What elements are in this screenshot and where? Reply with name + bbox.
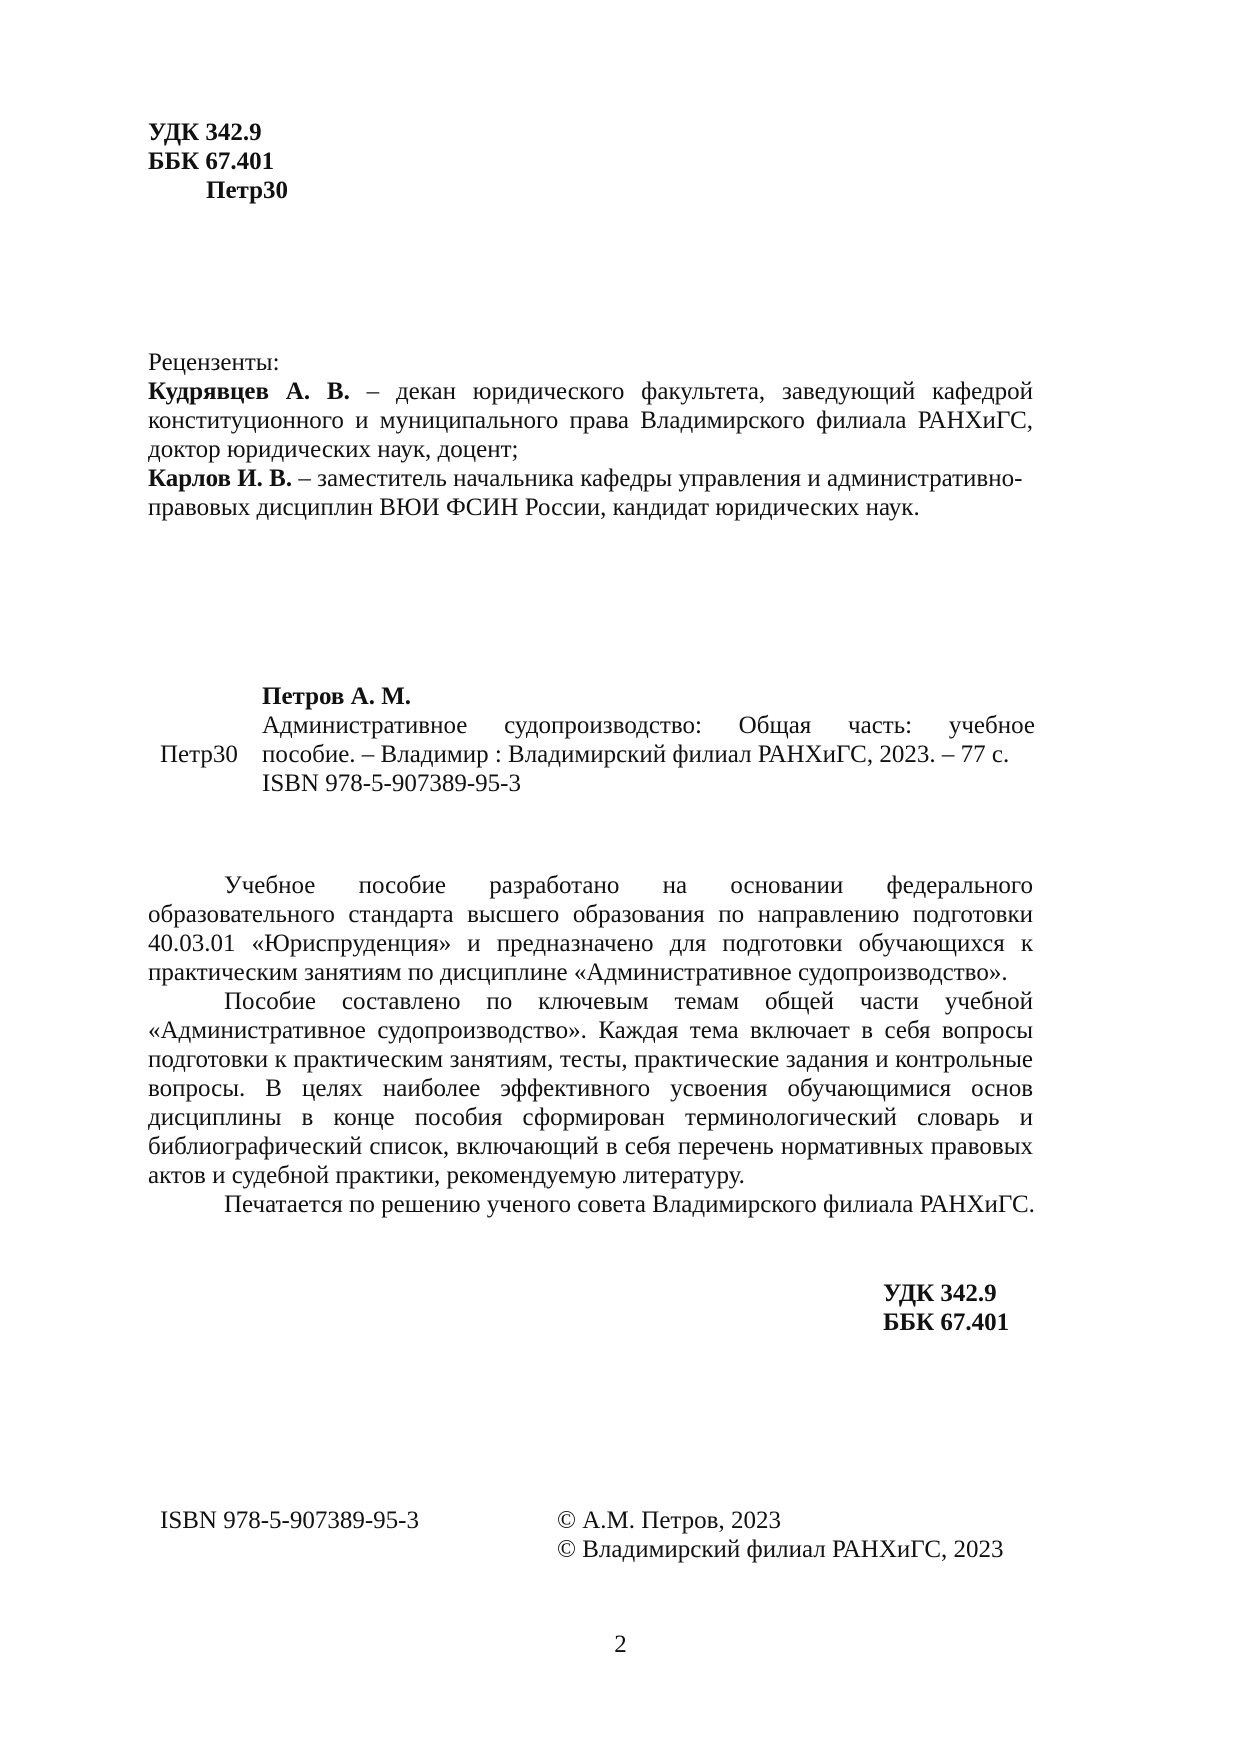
udk-code-bottom: УДК 342.9 xyxy=(883,1279,1009,1308)
annotation-p2-l4: вопросы. В целях наиболее эффективного у… xyxy=(148,1074,1033,1103)
reviewers-heading: Рецензенты: xyxy=(148,348,1033,377)
annotation-p3-l1: Печатается по решению ученого совета Вла… xyxy=(148,1190,1033,1219)
copyright-block: © А.М. Петров, 2023 © Владимирский филиа… xyxy=(557,1506,1004,1564)
biblio-line-1: Административное судопроизводство: Общая… xyxy=(262,711,1035,740)
annotation-p1-l1: Учебное пособие разработано на основании… xyxy=(148,871,1033,900)
annotation-p1-l2: образовательного стандарта высшего образ… xyxy=(148,900,1033,929)
udk-code: УДК 342.9 xyxy=(148,118,288,147)
bbk-code: ББК 67.401 xyxy=(148,147,288,176)
biblio-author: Петров А. М. xyxy=(262,682,1035,711)
copyright-publisher: © Владимирский филиал РАНХиГС, 2023 xyxy=(557,1535,1004,1564)
reviewer-2-line-2: правовых дисциплин ВЮИ ФСИН России, канд… xyxy=(148,493,1033,522)
biblio-author-mark: Петр30 xyxy=(160,741,238,769)
udk-block-bottom: УДК 342.9 ББК 67.401 xyxy=(883,1279,1009,1337)
biblio-isbn: ISBN 978-5-907389-95-3 xyxy=(262,769,1035,798)
biblio-body: Петров А. М. Административное судопроизв… xyxy=(262,682,1035,798)
reviewers-section: Рецензенты: Кудрявцев А. В. – декан юрид… xyxy=(148,348,1033,522)
annotation: Учебное пособие разработано на основании… xyxy=(148,871,1033,1219)
copyright-author: © А.М. Петров, 2023 xyxy=(557,1506,1004,1535)
annotation-p2-l2: «Административное судопроизводство». Каж… xyxy=(148,1016,1033,1045)
author-mark: Петр30 xyxy=(148,176,288,205)
reviewer-2-text: – заместитель начальника кафедры управле… xyxy=(292,465,1022,492)
reviewer-1-name: Кудрявцев А. В. xyxy=(148,378,350,405)
annotation-p2-l5: дисциплины в конце пособия сформирован т… xyxy=(148,1103,1033,1132)
bbk-code-bottom: ББК 67.401 xyxy=(883,1308,1009,1337)
reviewer-2-name: Карлов И. В. xyxy=(148,465,292,492)
annotation-p2-l7: актов и судебной практики, рекомендуемую… xyxy=(148,1161,1033,1190)
reviewer-2-line-1: Карлов И. В. – заместитель начальника ка… xyxy=(148,464,1033,493)
reviewer-1-line-2: конституционного и муниципального права … xyxy=(148,406,1033,435)
reviewer-1-text: – декан юридического факультета, заведую… xyxy=(350,378,1033,405)
reviewer-1-line-3: доктор юридических наук, доцент; xyxy=(148,435,1033,464)
annotation-p1-l3: 40.03.01 «Юриспруденция» и предназначено… xyxy=(148,929,1033,958)
annotation-p2-l6: библиографический список, включающий в с… xyxy=(148,1132,1033,1161)
biblio-line-2: пособие. – Владимир : Владимирский филиа… xyxy=(262,740,1035,769)
annotation-p2-l1: Пособие составлено по ключевым темам общ… xyxy=(148,987,1033,1016)
annotation-p2-l3: подготовки к практическим занятиям, тест… xyxy=(148,1045,1033,1074)
annotation-p1-l4: практическим занятиям по дисциплине «Адм… xyxy=(148,958,1033,987)
page-number: 2 xyxy=(0,1630,1241,1659)
udk-block-top: УДК 342.9 ББК 67.401 Петр30 xyxy=(148,118,288,205)
footer-isbn: ISBN 978-5-907389-95-3 xyxy=(160,1506,419,1535)
reviewer-1-line-1: Кудрявцев А. В. – декан юридического фак… xyxy=(148,377,1033,406)
